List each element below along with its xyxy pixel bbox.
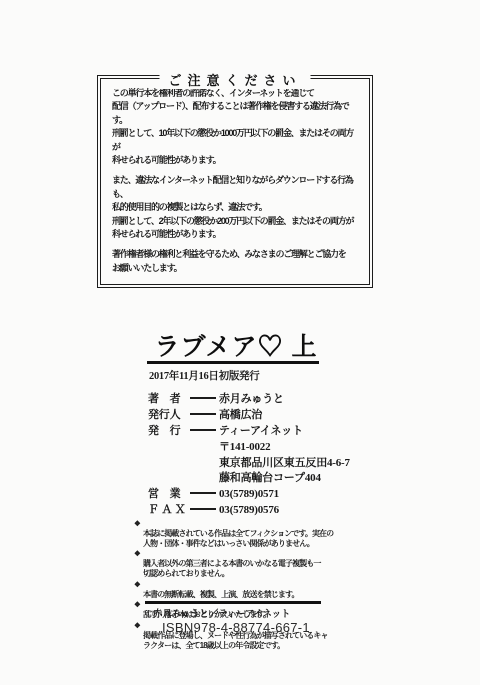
row-connector-line — [190, 413, 216, 415]
book-title: ラブメア♡ 上 — [120, 327, 352, 363]
note-no-reproduction: ❖本書の無断転載、複製、上演、放送を禁じます。 — [134, 580, 349, 600]
row-connector-line — [190, 429, 216, 431]
colophon-row-postal-code: 〒141-0022 — [148, 440, 368, 456]
row-connector-line — [190, 492, 216, 494]
note-text: 本書の無断転載、複製、上演、放送を禁じます。 — [143, 590, 299, 599]
address-line1: 東京都品川区東五反田4-6-7 — [219, 457, 350, 469]
address-line2: 藤和高輪台コープ404 — [219, 472, 321, 484]
diamond-bullet-icon: ❖ — [134, 580, 141, 590]
row-connector-line — [190, 397, 216, 399]
row-label: 発 行 — [148, 424, 190, 440]
colophon-page: ご注意ください この単行本を権利者の許諾なく、インターネットを通じて 配信（アッ… — [0, 0, 480, 685]
publication-details: 著 者赤月みゅうと 発行人高橋広治 発 行ティーアイネット 〒141-0022 … — [148, 392, 368, 519]
colophon-row-author: 著 者赤月みゅうと — [148, 392, 368, 408]
note-electronic-copy: ❖購入者以外の第三者による本書のいかなる電子複製も一 切認められておりません。 — [134, 549, 349, 578]
colophon-row-fax: Ｆ Ａ Ｘ03(5789)0576 — [148, 503, 368, 519]
notice-paragraph-download-warning: また、違法なインターネット配信と知りながらダウンロードする行為も、 私的使用目的… — [112, 174, 358, 241]
diamond-bullet-icon: ❖ — [134, 549, 141, 559]
title-divider-rule — [147, 361, 319, 364]
note-fiction-disclaimer: ❖本誌に掲載されている作品は全てフィクションです。実在の 人物・団体・事件などは… — [134, 519, 349, 548]
edition-date: 2017年11月16日初版発行 — [149, 368, 259, 383]
row-connector-line — [190, 508, 216, 510]
row-label: 営 業 — [148, 487, 190, 503]
notice-box-title: ご注意ください — [159, 70, 310, 89]
postal-code: 〒141-0022 — [219, 441, 270, 453]
publisher-person-name: 高橋広治 — [219, 409, 262, 421]
notice-paragraph-cooperation-request: 著作権者様の権利と利益を守るため、みなさまのご理解とご協力を お願いいたします。 — [112, 248, 358, 275]
colophon-row-publisher: 発 行ティーアイネット — [148, 424, 368, 440]
colophon-row-address-line2: 藤和高輪台コープ404 — [148, 471, 368, 487]
row-label: 著 者 — [148, 392, 190, 408]
copyright-line: ©赤月みゅうと／ティーアイネット — [146, 606, 290, 620]
note-text: 本誌に掲載されている作品は全てフィクションです。実在の 人物・団体・事件などはい… — [143, 529, 333, 548]
colophon-row-publisher-person: 発行人高橋広治 — [148, 408, 368, 424]
notice-paragraph-upload-warning: この単行本を権利者の許諾なく、インターネットを通じて 配信（アップロード）、配布… — [112, 87, 358, 167]
diamond-bullet-icon: ❖ — [134, 519, 141, 529]
footer-divider-rule — [145, 601, 321, 604]
copyright-notice-box: ご注意ください この単行本を権利者の許諾なく、インターネットを通じて 配信（アッ… — [97, 75, 373, 288]
sales-phone-number: 03(5789)0571 — [219, 488, 279, 500]
row-label: 発行人 — [148, 408, 190, 424]
author-name: 赤月みゅうと — [219, 393, 284, 405]
note-text: 購入者以外の第三者による本書のいかなる電子複製も一 切認められておりません。 — [143, 559, 321, 578]
publisher-name: ティーアイネット — [219, 425, 303, 437]
row-label: Ｆ Ａ Ｘ — [148, 503, 190, 519]
fax-number: 03(5789)0576 — [219, 504, 279, 516]
colophon-row-sales-phone: 営 業03(5789)0571 — [148, 487, 368, 503]
isbn-number: ISBN978-4-88774-667-1 — [120, 620, 352, 635]
colophon-row-address-line1: 東京都品川区東五反田4-6-7 — [148, 456, 368, 472]
diamond-bullet-icon: ❖ — [134, 600, 141, 610]
